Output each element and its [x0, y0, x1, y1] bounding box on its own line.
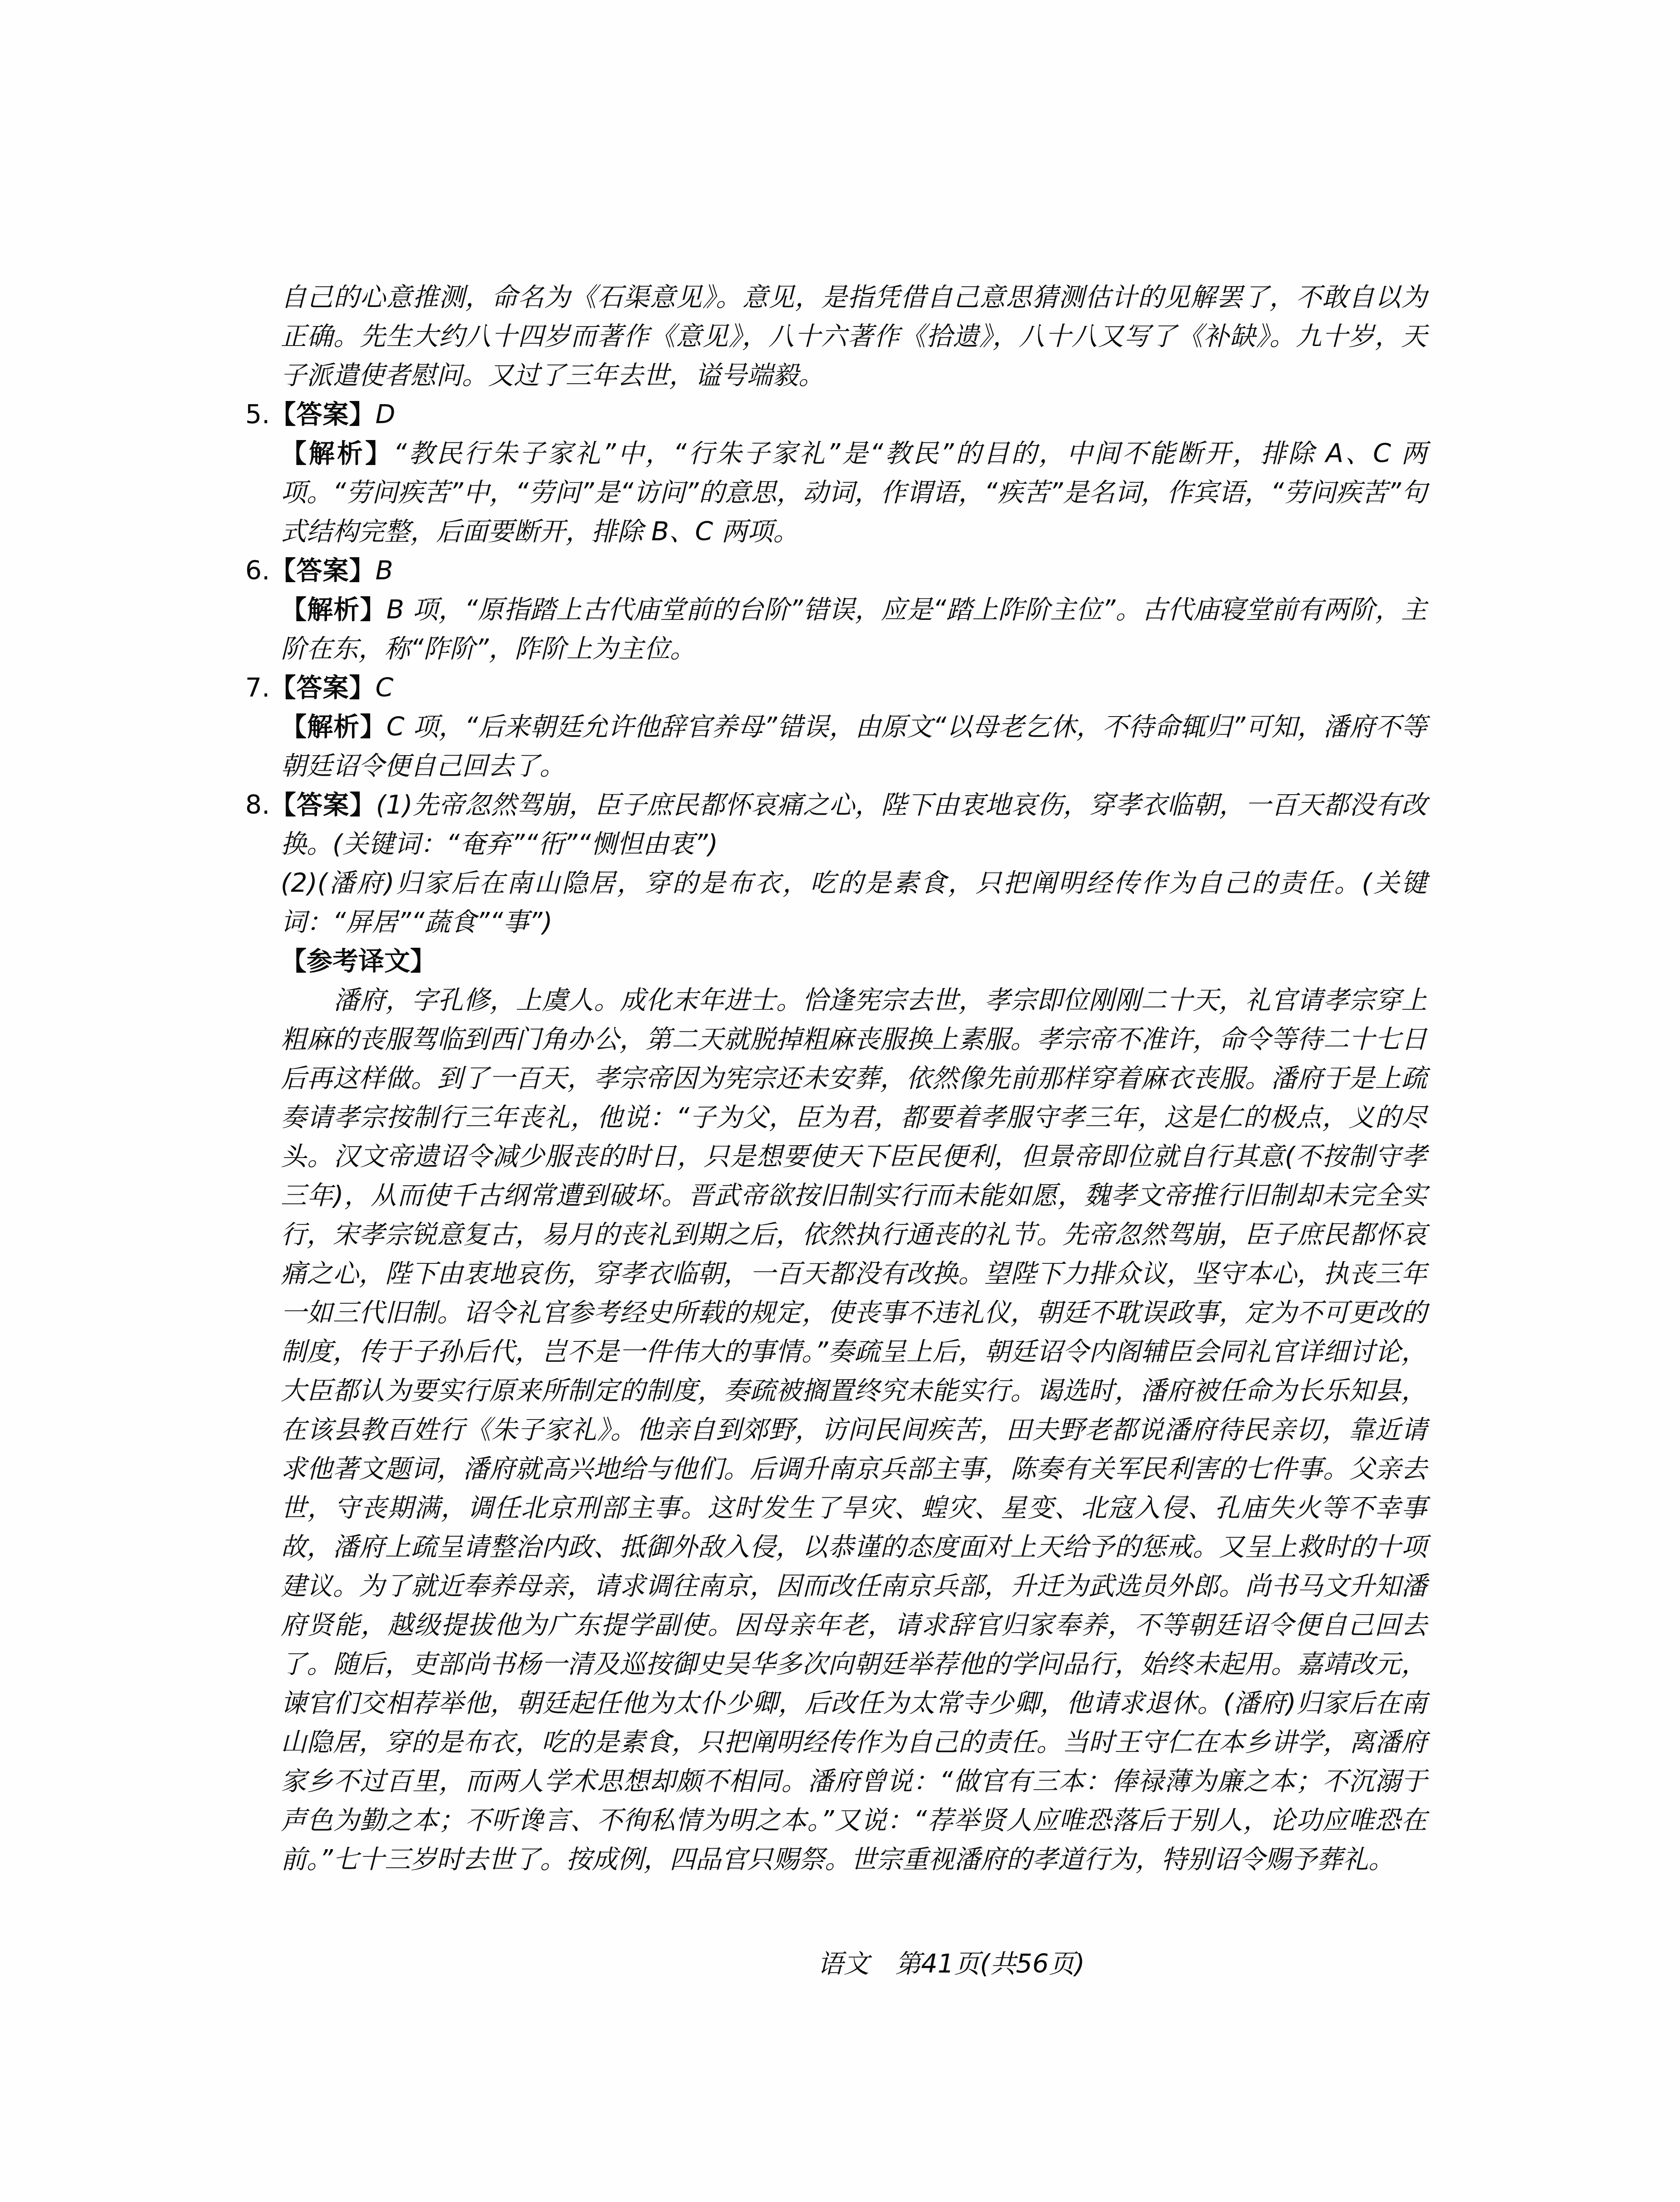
analysis-paragraph: 【解析】B 项，“原指踏上古代庙堂前的台阶”错误，应是“踏上阼阶主位”。古代庙寝… [281, 590, 1427, 668]
answer-label: 【答案】 [270, 400, 375, 430]
answer-line-part1: 8.【答案】(1)先帝忽然驾崩，臣子庶民都怀哀痛之心，陛下由衷地哀伤，穿孝衣临朝… [281, 786, 1427, 864]
analysis-text: “教民行朱子家礼”中，“行朱子家礼”是“教民”的目的，中间不能断开，排除 A、C… [281, 439, 1427, 547]
item-number: 7. [245, 673, 270, 703]
answer-letter: B [375, 556, 393, 586]
item-number: 8. [245, 790, 270, 820]
answer-line: 5.【答案】D [281, 395, 1427, 434]
analysis-label: 【解析】 [281, 712, 387, 742]
answer-item-6: 6.【答案】B 【解析】B 项，“原指踏上古代庙堂前的台阶”错误，应是“踏上阼阶… [281, 551, 1427, 668]
analysis-label: 【解析】 [281, 595, 387, 625]
reference-translation-header: 【参考译文】 [281, 942, 1427, 981]
item-number: 6. [245, 556, 270, 586]
page-footer: 语文 第41页(共56页) [818, 1945, 1085, 1984]
answer-item-8: 8.【答案】(1)先帝忽然驾崩，臣子庶民都怀哀痛之心，陛下由衷地哀伤，穿孝衣临朝… [281, 786, 1427, 942]
answer-label: 【答案】 [270, 556, 375, 586]
intro-paragraph: 自己的心意推测，命名为《石渠意见》。意见，是指凭借自己意思猜测估计的见解罢了，不… [281, 278, 1427, 395]
answer-label: 【答案】 [270, 790, 376, 820]
item-number: 5. [245, 400, 270, 430]
analysis-text: C 项，“后来朝廷允许他辞官养母”错误，由原文“以母老乞休，不待命辄归”可知，潘… [281, 712, 1427, 781]
answer-letter: C [375, 673, 393, 703]
answer-part1-text: (1)先帝忽然驾崩，臣子庶民都怀哀痛之心，陛下由衷地哀伤，穿孝衣临朝，一百天都没… [281, 790, 1427, 859]
analysis-text: B 项，“原指踏上古代庙堂前的台阶”错误，应是“踏上阼阶主位”。古代庙寝堂前有两… [281, 595, 1427, 664]
answer-letter: D [375, 400, 395, 430]
analysis-label: 【解析】 [281, 439, 393, 469]
answer-part2-text: (2)(潘府)归家后在南山隐居，穿的是布衣，吃的是素食，只把阐明经传作为自己的责… [281, 868, 1427, 937]
answer-key-page: 自己的心意推测，命名为《石渠意见》。意见，是指凭借自己意思猜测估计的见解罢了，不… [0, 0, 1680, 2202]
answer-item-7: 7.【答案】C 【解析】C 项，“后来朝廷允许他辞官养母”错误，由原文“以母老乞… [281, 668, 1427, 786]
answer-item-5: 5.【答案】D 【解析】“教民行朱子家礼”中，“行朱子家礼”是“教民”的目的，中… [281, 395, 1427, 551]
reference-translation-body: 潘府，字孔修，上虞人。成化末年进士。恰逢宪宗去世，孝宗即位刚刚二十天，礼官请孝宗… [281, 981, 1427, 1879]
analysis-paragraph: 【解析】“教民行朱子家礼”中，“行朱子家礼”是“教民”的目的，中间不能断开，排除… [281, 434, 1427, 551]
answer-line: 6.【答案】B [281, 551, 1427, 590]
answer-part2-paragraph: (2)(潘府)归家后在南山隐居，穿的是布衣，吃的是素食，只把阐明经传作为自己的责… [281, 864, 1427, 942]
answer-line: 7.【答案】C [281, 668, 1427, 708]
page-content: 自己的心意推测，命名为《石渠意见》。意见，是指凭借自己意思猜测估计的见解罢了，不… [281, 278, 1427, 1879]
answer-label: 【答案】 [270, 673, 375, 703]
analysis-paragraph: 【解析】C 项，“后来朝廷允许他辞官养母”错误，由原文“以母老乞休，不待命辄归”… [281, 708, 1427, 786]
